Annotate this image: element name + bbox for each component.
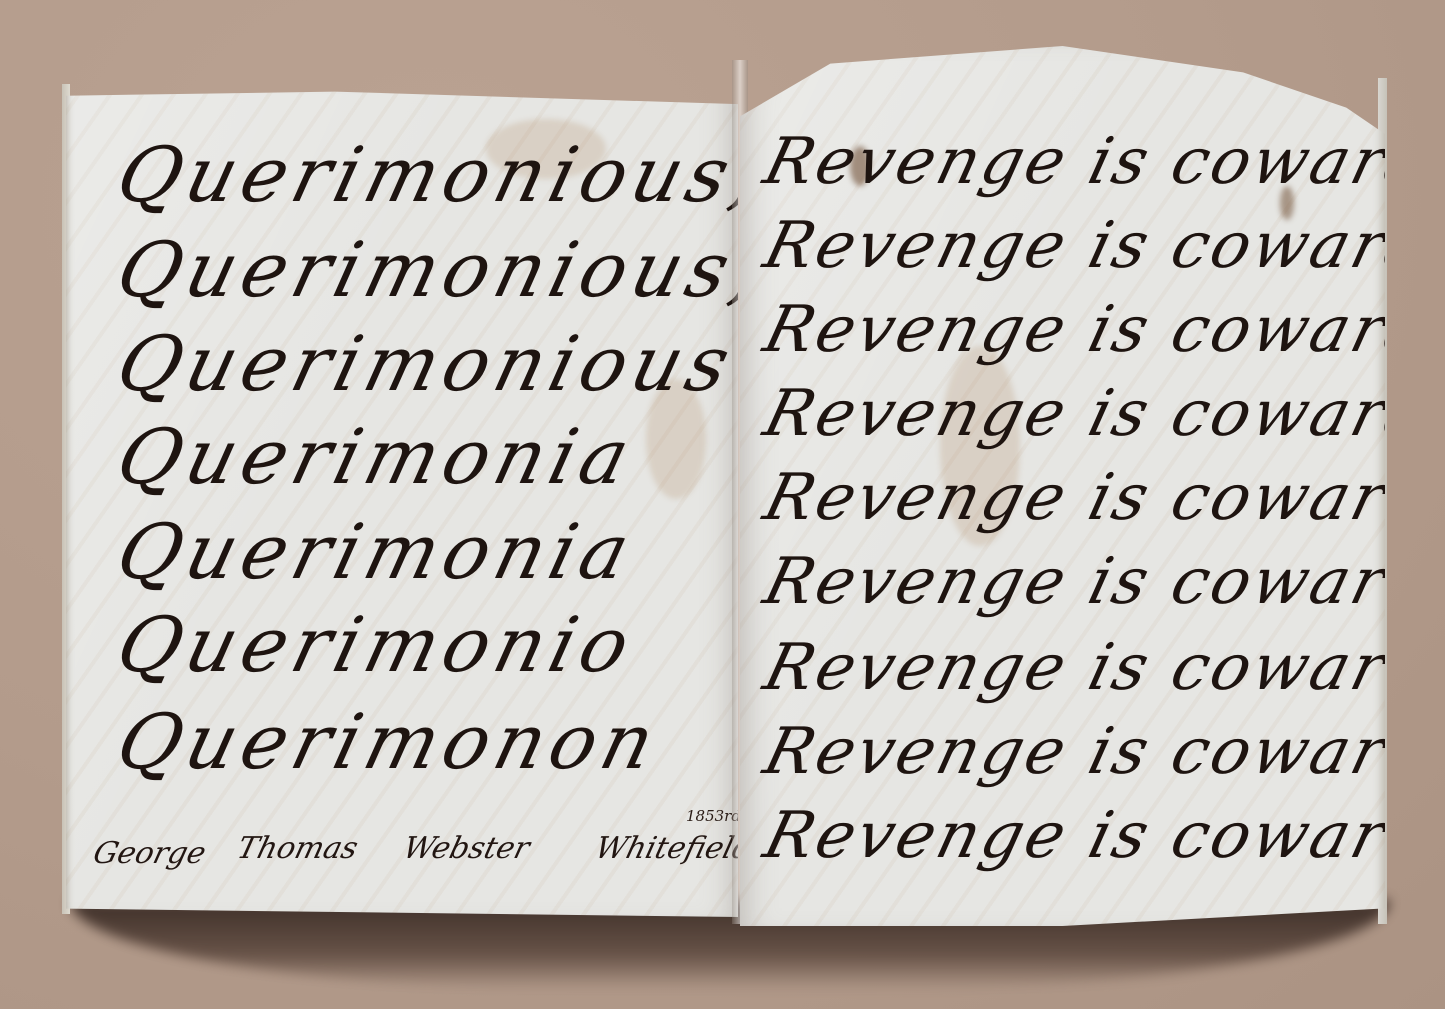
practice-line: Revenge is cowardly, [758, 130, 1385, 194]
practice-line: Revenge is cowar [758, 804, 1385, 868]
left-page: Querimonious, n Querimonious, Querimonio… [66, 79, 738, 917]
practice-line: Querimonio [110, 607, 643, 683]
signature-first-name: George [90, 836, 210, 871]
practice-line: Querimonious, n [110, 137, 738, 213]
practice-line: Revenge is coward [758, 214, 1385, 278]
practice-line: Revenge is coward [758, 298, 1385, 362]
practice-line: Querimonious [110, 326, 738, 402]
signature-last-name: Webster [400, 831, 534, 866]
right-page: Revenge is cowardly, Revenge is coward R… [740, 46, 1385, 926]
practice-line: Revenge is cowar [758, 550, 1385, 614]
practice-line: Querimonon [110, 704, 667, 780]
practice-line: Querimonia [110, 419, 642, 495]
signature-place: Whitefield [592, 831, 738, 866]
practice-line: Querimonia [110, 514, 642, 590]
practice-line: Querimonious, [110, 232, 738, 308]
signature-middle-name: Thomas [234, 831, 362, 866]
signature-date: 1853rd [686, 807, 738, 825]
practice-line: Revenge is cowar [758, 466, 1385, 530]
open-copybook: Querimonious, n Querimonious, Querimonio… [0, 0, 1445, 1009]
practice-line: Revenge is cowar [758, 636, 1385, 700]
practice-line: Revenge is cowar [758, 720, 1385, 784]
practice-line: Revenge is coward [758, 382, 1385, 446]
